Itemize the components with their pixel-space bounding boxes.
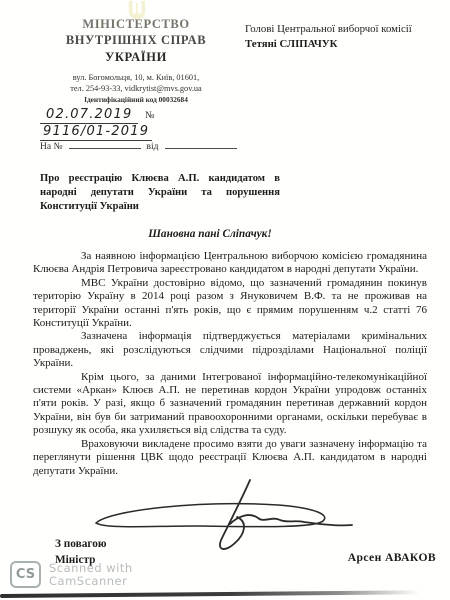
identification-code: Ідентифікаційний код 00032684 xyxy=(36,95,236,104)
letterhead-address: вул. Богомольця, 10, м. Київ, 01601, тел… xyxy=(36,72,236,94)
reply-number-blank xyxy=(69,139,141,149)
reply-date-label: від xyxy=(147,142,159,152)
paragraph: Крім цього, за даними Інтегрованої інфор… xyxy=(33,371,427,438)
salutation: Шановна пані Сліпачук! xyxy=(0,228,420,240)
recipient-line-1: Голові Центральної виборчої комісії xyxy=(245,22,445,37)
camscanner-logo-icon: CS xyxy=(10,561,41,588)
paragraph: Зазначена інформація підтверджується мат… xyxy=(33,330,427,370)
letter-body: За наявною інформацією Центральною вибор… xyxy=(33,250,427,478)
reply-date-blank xyxy=(165,139,237,149)
scan-edge-shadow xyxy=(0,590,420,597)
camscanner-watermark: CS Scanned with CamScanner xyxy=(10,561,133,588)
number-sign: № xyxy=(145,110,155,121)
watermark-line-2: CamScanner xyxy=(49,575,133,588)
ministry-line-3: УКРАЇНИ xyxy=(36,49,236,65)
subject-block: Про реєстрацію Клюєва А.П. кандидатом в … xyxy=(40,172,280,213)
address-line-2: тел. 254-93-33, vidkrytist@mvs.gov.ua xyxy=(36,83,236,94)
handwritten-date: 02.07.2019 xyxy=(40,107,138,124)
reply-reference-line: На №від xyxy=(40,139,243,152)
ministry-name: МІНІСТЕРСТВО ВНУТРІШНІХ СПРАВ УКРАЇНИ xyxy=(36,16,236,65)
paragraph: Враховуючи викладене просимо взяти до ув… xyxy=(33,438,427,478)
minister-name: Арсен АВАКОВ xyxy=(348,551,436,564)
reference-line: 02.07.2019 № 9116/01-2019 xyxy=(40,107,240,141)
signoff-respect: З повагою xyxy=(55,536,107,552)
letterhead: МІНІСТЕРСТВО ВНУТРІШНІХ СПРАВ УКРАЇНИ ву… xyxy=(36,16,236,104)
camscanner-text: Scanned with CamScanner xyxy=(49,562,133,588)
ministry-line-2: ВНУТРІШНІХ СПРАВ xyxy=(36,32,236,48)
recipient-line-2: Тетяні СЛІПАЧУК xyxy=(245,37,445,52)
reply-number-label: На № xyxy=(40,142,63,152)
paragraph: За наявною інформацією Центральною вибор… xyxy=(33,250,427,277)
minister-signature xyxy=(80,476,370,554)
address-line-1: вул. Богомольця, 10, м. Київ, 01601, xyxy=(36,72,236,83)
watermark-line-1: Scanned with xyxy=(49,562,133,575)
ministry-line-1: МІНІСТЕРСТВО xyxy=(36,16,236,32)
scanned-letter-page: МІНІСТЕРСТВО ВНУТРІШНІХ СПРАВ УКРАЇНИ ву… xyxy=(0,0,450,600)
paragraph: МВС України достовірно відомо, що зазнач… xyxy=(33,277,427,331)
recipient-block: Голові Центральної виборчої комісії Тетя… xyxy=(245,22,445,51)
